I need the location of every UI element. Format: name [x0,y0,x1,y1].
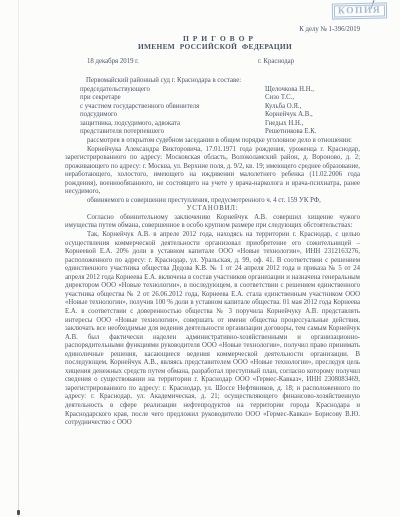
court-row-secretary: при секретаре Сизо Т.С., [65,94,360,103]
court-person-name: Корнейчук А.В., [265,111,313,120]
court-person-name: Решетникова Е.К. [265,128,316,137]
court-person-name: Кульба О.Я., [265,103,301,112]
court-role: представителя потерпевшего [80,128,164,135]
findings-paragraph-2: Так, Корнейчук А.В. в апреле 2012 года, … [65,231,360,428]
court-intro: Первомайский районный суд г. Краснодара … [65,77,360,86]
court-row-defendant: подсудимого Корнейчук А.В., [65,111,360,120]
scan-artifact-speck [17,510,20,515]
court-row-defense-attorney: защитника, подсудимого, адвоката Гнедых … [65,120,360,129]
date-city-row: 18 декабря 2019 г. г. Краснодар [65,58,360,67]
court-row-victim-representative: представителя потерпевшего Решетникова Е… [65,128,360,137]
document-body: К делу № 1-396/2019 П Р И Г О В О Р ИМЕН… [65,26,360,428]
copy-stamp-label: КОПИЯ [338,6,381,17]
court-role: подсудимого [80,111,117,118]
page-scan-edge-line [18,0,19,517]
considered-paragraph: рассмотрев в открытом судебном заседании… [65,137,360,146]
court-person-name: Гнедых Н.Н., [265,120,303,129]
copy-stamp: КОПИЯ [332,2,388,19]
verdict-city: г. Краснодар [258,58,294,67]
court-person-name: Сизо Т.С., [265,94,294,103]
verdict-subtitle: ИМЕНЕМ РОССИЙСКОЙ ФЕДЕРАЦИИ [65,43,360,52]
court-person-name: Щелочкова Н.Н., [265,86,314,95]
court-composition: Первомайский районный суд г. Краснодара … [65,77,360,137]
established-heading: УСТАНОВИЛ: [65,205,360,214]
court-role: с участием государственного обвинителя [80,103,199,110]
charge-paragraph: обвиняемого в совершении преступления, п… [65,197,360,206]
defendant-details-paragraph: Корнейчука Александра Викторовича, 17.01… [65,146,360,197]
verdict-date: 18 декабря 2019 г. [87,58,139,65]
findings-paragraph-1: Согласно обвинительному заключению Корне… [65,214,360,231]
court-role: председательствующего [80,86,150,93]
court-role: защитника, подсудимого, адвоката [80,120,180,127]
court-row-prosecutor: с участием государственного обвинителя К… [65,103,360,112]
court-row-presiding: председательствующего Щелочкова Н.Н., [65,86,360,95]
court-role: при секретаре [80,94,121,101]
scanned-court-document-page: { "stamp": { "label": "КОПИЯ", "color": … [0,0,400,517]
